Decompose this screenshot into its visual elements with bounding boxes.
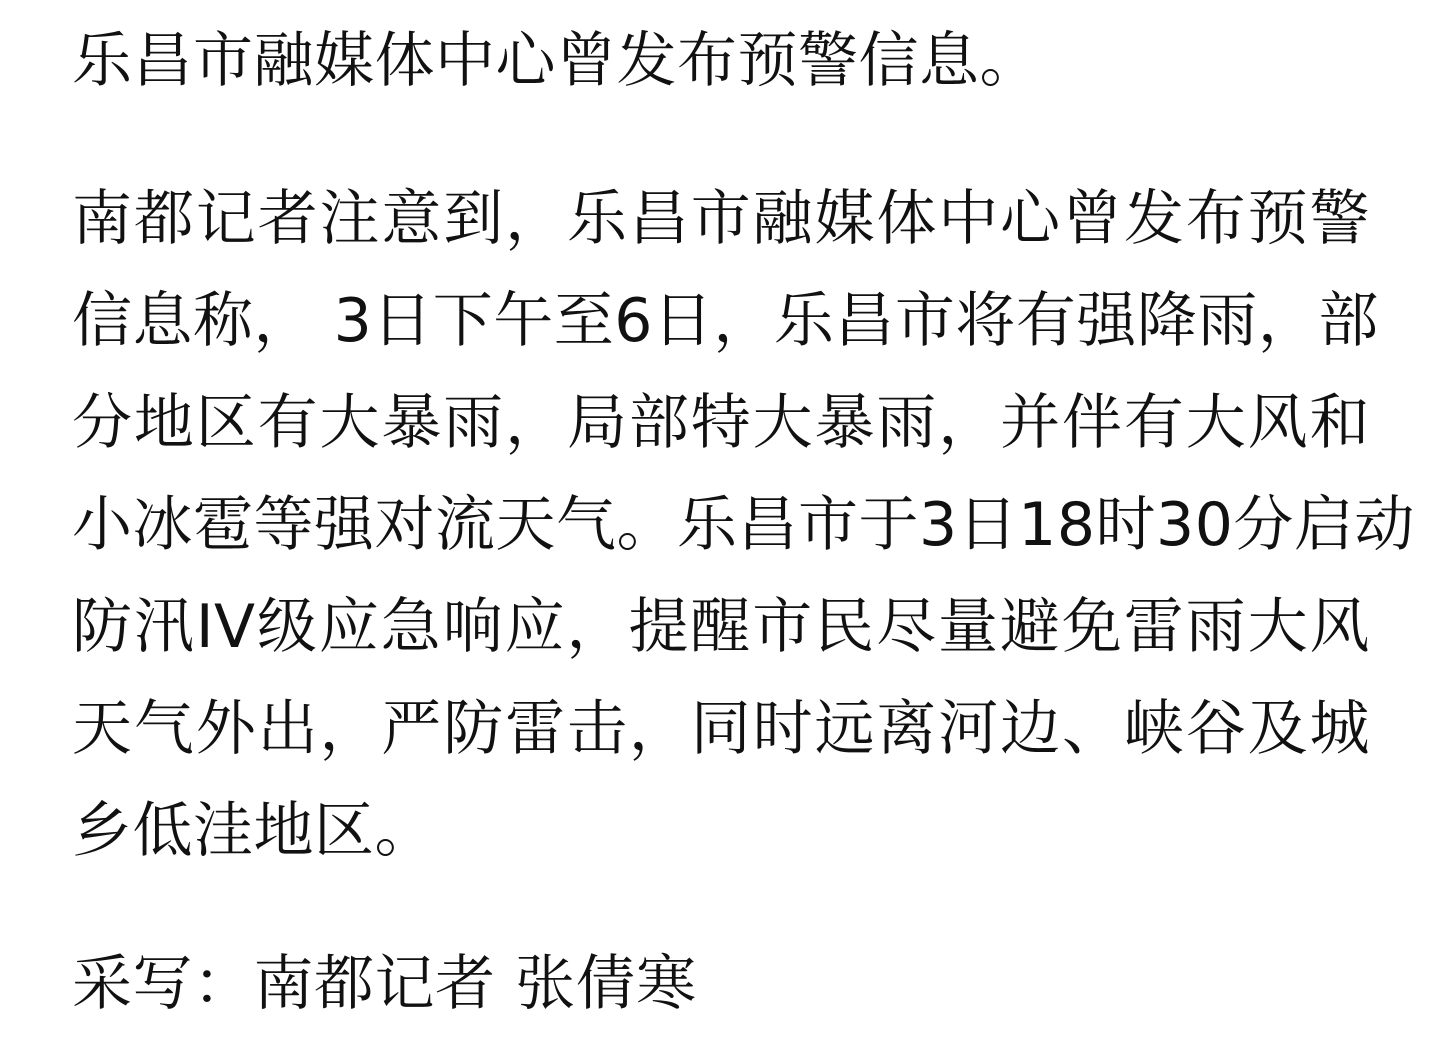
main-paragraph-line: 防汛IV级应急响应，提醒市民尽量避免雷雨大风 [72, 591, 1370, 663]
main-paragraph-line: 分地区有大暴雨，局部特大暴雨，并伴有大风和 [72, 387, 1370, 459]
main-paragraph-line: 南都记者注意到，乐昌市融媒体中心曾发布预警 [72, 183, 1370, 255]
main-paragraph-line: 乡低洼地区。 [72, 795, 435, 867]
intro-paragraph-line: 乐昌市融媒体中心曾发布预警信息。 [72, 25, 1040, 97]
main-paragraph-line: 小冰雹等强对流天气。乐昌市于3日18时30分启动 [72, 489, 1370, 561]
main-paragraph-line: 信息称， 3日下午至6日，乐昌市将有强降雨，部 [72, 285, 1370, 357]
main-paragraph-line: 天气外出，严防雷击，同时远离河边、峡谷及城 [72, 693, 1370, 765]
byline: 采写：南都记者 张倩寒 [72, 948, 697, 1020]
